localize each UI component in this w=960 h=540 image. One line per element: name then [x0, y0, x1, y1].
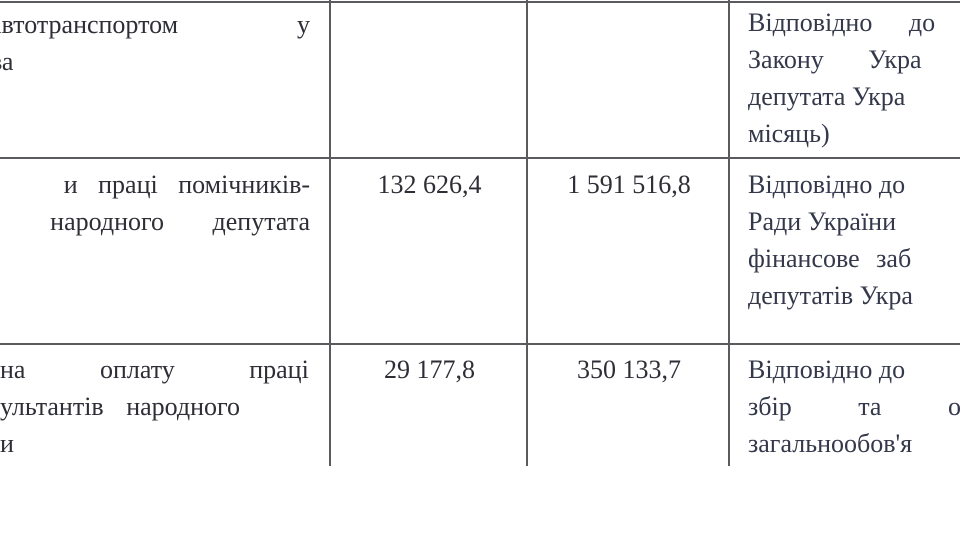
basis-line: місяць): [748, 115, 960, 152]
basis-line: депутата Укра: [748, 78, 960, 115]
description-line: автотранспортом у: [0, 6, 310, 43]
description-text: автотранспортом у: [0, 6, 310, 43]
annual-amount: 1 591 516,8: [529, 166, 729, 203]
basis-line: фінансове заб: [748, 240, 960, 277]
basis-line: Ради України: [748, 203, 960, 240]
description-line: ультантів народного: [0, 388, 310, 425]
table-row-description: и праці помічників- народного депутата: [0, 166, 310, 240]
document-page: автотранспортом у ва Відповідно до Закон…: [0, 0, 960, 540]
column-divider: [329, 0, 331, 466]
basis-line: депутатів Укра: [748, 277, 960, 314]
row-divider: [0, 157, 960, 159]
legal-basis: Відповідно до Ради України фінансове заб…: [748, 166, 960, 314]
description-line: ва: [0, 43, 310, 80]
basis-line: Відповідно до: [748, 4, 960, 41]
basis-line: Відповідно до: [748, 166, 960, 203]
table-row-description: на оплату праці ультантів народного и: [0, 351, 310, 462]
monthly-amount: 132 626,4: [332, 166, 527, 203]
description-line: и праці помічників-: [0, 166, 310, 203]
legal-basis: Відповідно до Закону Укра депутата Укра …: [748, 4, 960, 152]
row-divider: [0, 343, 960, 345]
basis-line: загальнообов'я: [748, 425, 960, 462]
legal-basis: Відповідно до збір та о загальнообов'я: [748, 351, 960, 462]
annual-amount: 350 133,7: [529, 351, 729, 388]
description-line: и: [0, 425, 310, 462]
column-divider: [526, 0, 528, 466]
basis-line: Відповідно до: [748, 351, 960, 388]
basis-line: збір та о: [748, 388, 960, 425]
table-row-description: автотранспортом у ва: [0, 6, 310, 80]
column-divider: [728, 0, 730, 466]
monthly-amount: 29 177,8: [332, 351, 527, 388]
description-line: народного депутата: [0, 203, 310, 240]
table-top-border: [0, 1, 960, 3]
description-line: на оплату праці: [0, 351, 310, 388]
basis-line: Закону Укра: [748, 41, 960, 78]
